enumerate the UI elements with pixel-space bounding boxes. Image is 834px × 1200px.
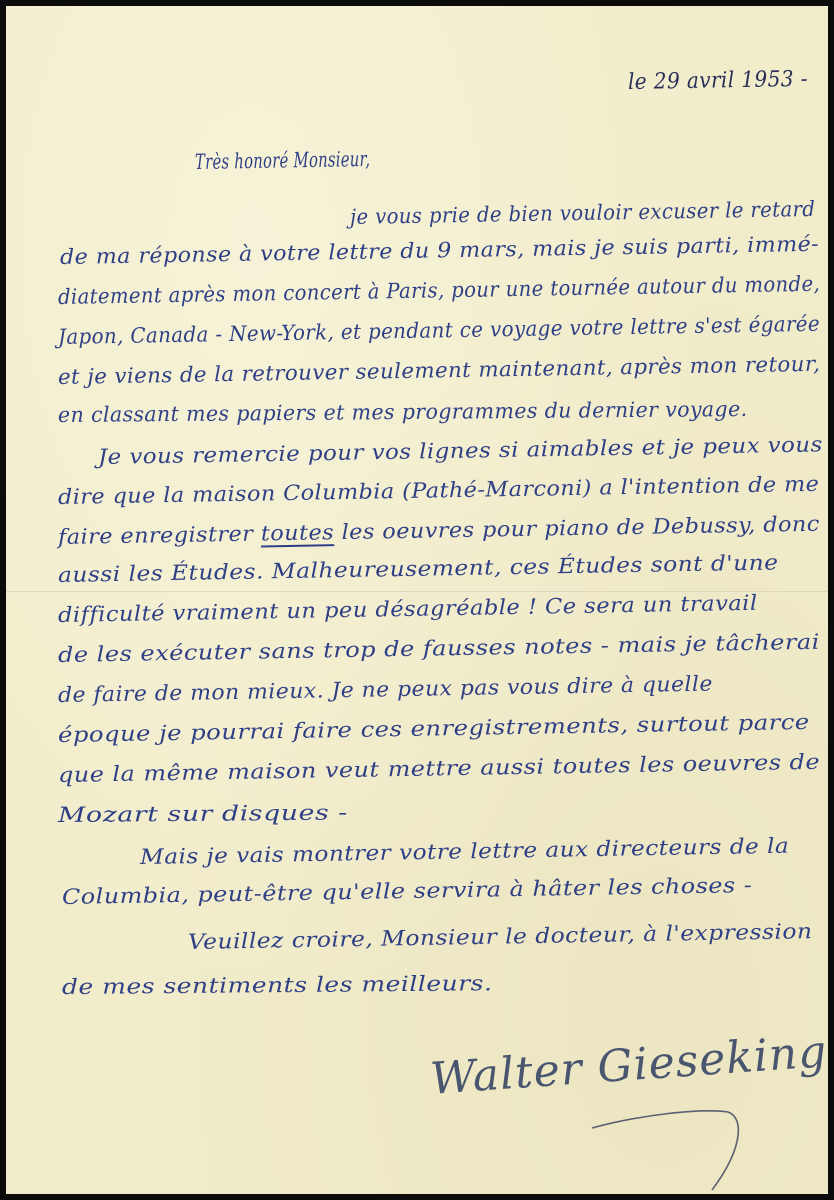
underlined-word-toutes: toutes [261,520,335,545]
body-line-9-start: faire enregistrer [58,522,254,549]
letter-salutation: Très honoré Monsieur, [195,147,371,174]
closing-line-2: de mes sentiments les meilleurs. [62,971,493,999]
letter-date: le 29 avril 1953 - [628,67,808,95]
body-line-16: Mozart sur disques - [58,800,348,827]
